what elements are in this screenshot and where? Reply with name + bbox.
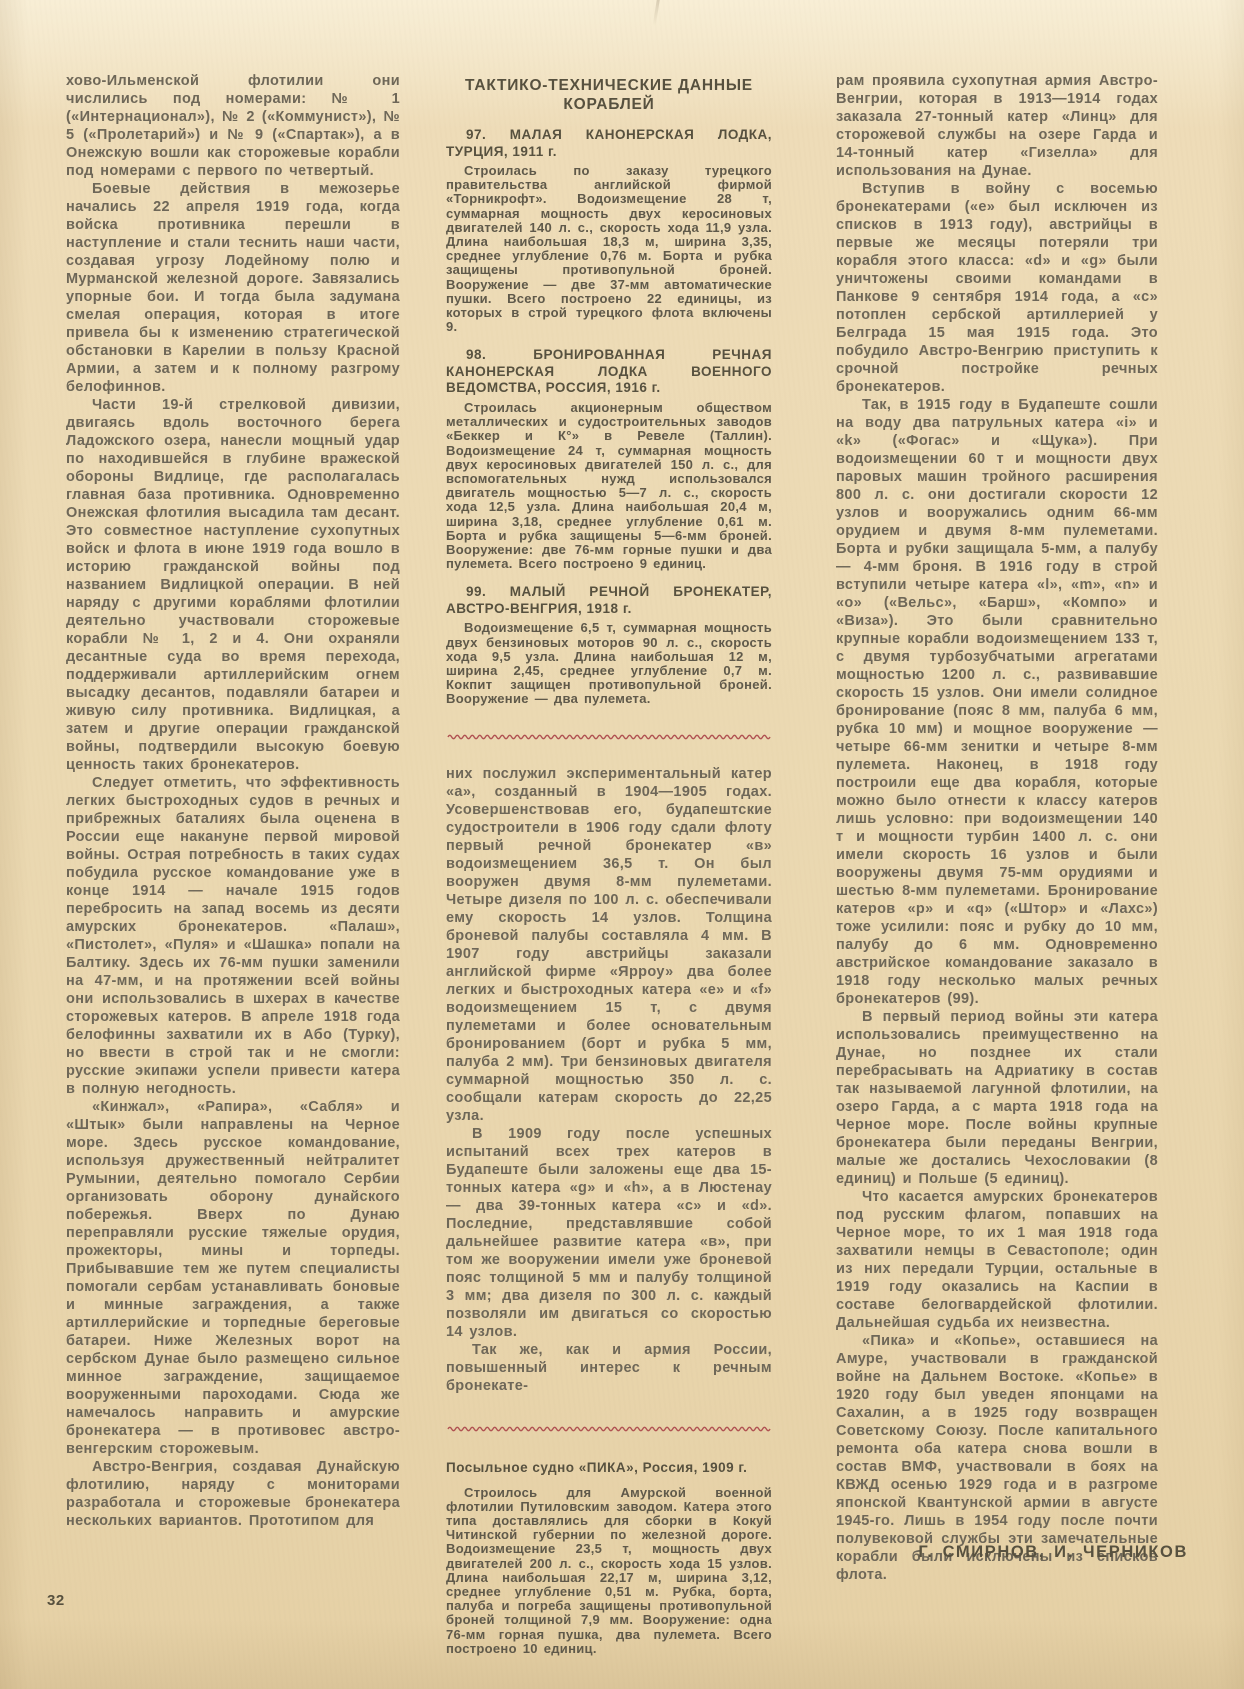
page-number: 32 [47,1592,65,1609]
paragraph: Следует отметить, что эффективность легк… [66,774,400,1098]
section-heading: ТАКТИКО-ТЕХНИЧЕСКИЕ ДАННЫЕ КОРАБЛЕЙ [458,76,760,114]
paragraph: В 1909 году после успешных испытаний все… [446,1125,772,1341]
paragraph: Так, в 1915 году в Будапеште сошли на во… [836,396,1158,1008]
entry-body: Строилась по заказу турецкого правительс… [446,164,772,334]
paragraph: Боевые действия в межозерье начались 22 … [66,180,400,396]
paragraph: Австро-Венгрия, создавая Дунайскую флоти… [66,1458,400,1530]
paragraph: рам проявила сухопутная армия Австро-Вен… [836,72,1158,180]
authors-byline: Г. СМИРНОВ, И. ЧЕРНИКОВ [836,1543,1188,1562]
wavy-divider [447,1425,771,1433]
magazine-page: хово-Ильменской флотилии они числились п… [0,0,1244,1689]
entry-body: Строилась акционерным обществом металлич… [446,401,772,571]
right-column: рам проявила сухопутная армия Австро-Вен… [836,72,1158,1584]
note-title: Посыльное судно «ПИКА», Россия, 1909 г. [446,1459,772,1476]
wavy-line-icon [447,733,771,741]
middle-column: ТАКТИКО-ТЕХНИЧЕСКИЕ ДАННЫЕ КОРАБЛЕЙ 97. … [446,76,772,1656]
paragraph: Что касается амурских бронекатеров под р… [836,1188,1158,1332]
entry-body: Водоизмещение 6,5 т, суммарная мощность … [446,621,772,706]
paragraph: них послужил экспериментальный катер «а»… [446,765,772,1125]
paragraph: Части 19-й стрелковой дивизии, двигаясь … [66,396,400,774]
entry-title: 98. БРОНИРОВАННАЯ РЕЧНАЯ КАНОНЕРСКАЯ ЛОД… [446,347,772,397]
left-column: хово-Ильменской флотилии они числились п… [66,72,400,1530]
ship-entry-98: 98. БРОНИРОВАННАЯ РЕЧНАЯ КАНОНЕРСКАЯ ЛОД… [446,347,772,571]
ship-entry-97: 97. МАЛАЯ КАНОНЕРСКАЯ ЛОДКА, ТУРЦИЯ, 191… [446,127,772,334]
wavy-divider [447,733,771,741]
note-body: Строилось для Амурской военной флотилии … [446,1486,772,1656]
paragraph: Вступив в войну с восемью бронекатерами … [836,180,1158,396]
entry-title: 99. МАЛЫЙ РЕЧНОЙ БРОНЕКАТЕР, АВСТРО-ВЕНГ… [446,584,772,617]
paper-crease [653,0,661,26]
paragraph: хово-Ильменской флотилии они числились п… [66,72,400,180]
wavy-line-icon [447,1425,771,1433]
ship-entry-99: 99. МАЛЫЙ РЕЧНОЙ БРОНЕКАТЕР, АВСТРО-ВЕНГ… [446,584,772,706]
entry-title: 97. МАЛАЯ КАНОНЕРСКАЯ ЛОДКА, ТУРЦИЯ, 191… [446,127,772,160]
paragraph: «Кинжал», «Рапира», «Сабля» и «Штык» был… [66,1098,400,1458]
paragraph: В первый период войны эти катера использ… [836,1008,1158,1188]
paragraph: Так же, как и армия России, повышенный и… [446,1341,772,1395]
